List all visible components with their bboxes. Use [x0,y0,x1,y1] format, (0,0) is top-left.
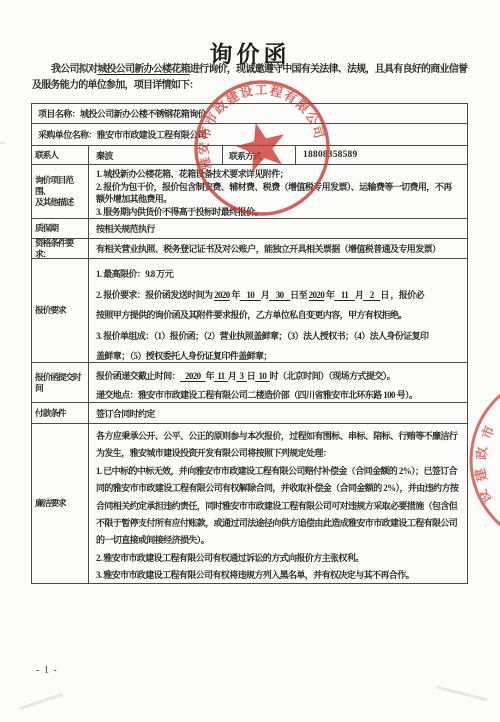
quote-item-1: 1. 最高限价：9.8 万元 [96,264,467,285]
scope-item-1: 1. 城投新办公楼花箱、花箱设备技术要求详见附件； [96,168,467,181]
quote-month-1: 10 [240,290,261,300]
intro-underlined-subject: 城投公司新办公楼花箱 [97,64,190,75]
qualification-content: 有相关营业执照、税务登记证书及对公账户，能独立开具相关票据（增值税普通及专用发票… [88,239,467,258]
quote-month-2: 11 [334,290,355,300]
submission-day: 3 [236,371,247,381]
scope-label-line1: 询价项目范围、 [35,175,88,197]
quote-sep-4: 年 [324,290,334,300]
row-submission-time: 报价函提交时 间 报价函递交截止时间： 2020 年 11 月 3 日 10 时… [32,363,467,403]
submission-label-line2: 间 [35,383,88,394]
row-scope: 询价项目范围、 及其他描述 1. 城投新办公楼花箱、花箱设备技术要求详见附件； … [32,165,467,219]
quote-item-2-dates: 2. 报价要求：报价函发送时间为 2020 年 10 月 30 日至 2020 … [96,285,467,306]
submission-label-line1: 报价函提交时 [35,372,88,383]
scope-label-line2: 及其他描述 [35,197,88,208]
row-integrity: 廉洁要求 各方应秉承公开、公平、公正的原则参与本次报价，过程如有围标、串标、陪标… [32,424,467,583]
quote-day-1: 30 [269,290,290,300]
submission-content: 报价函递交截止时间： 2020 年 11 月 3 日 10 时（北京时间）（现场… [88,363,467,402]
partial-seal-char-4: 设 [475,487,495,506]
quote-day-2: 2 [363,290,380,300]
submission-tail: 时（北京时间）（现场方式提交）。 [270,371,395,381]
contact-phone-label: 联系方式 [222,146,295,164]
quote-sep-1: 年 [230,290,240,300]
submission-pre: 报价函递交截止时间： [96,371,180,381]
submission-year: 2020 [180,371,206,381]
partial-seal-char-2: 政 [474,447,489,461]
integrity-label: 廉洁要求 [32,424,88,583]
contact-phone-number: 18808358589 [295,146,467,164]
quote-item-2-cont: 按照甲方提供的询价函及其附件要求报价，乙方单位私自变更内容，甲方有权拒绝。 [96,305,467,326]
submission-hour: 10 [255,371,269,381]
submission-sep-3: 日 [247,371,255,381]
payment-label: 付款条件 [32,403,88,423]
quote-sep-2: 月 [261,290,269,300]
integrity-line-8: 2. 雅安市市政建设工程有限公司有权通过诉讼的方式向报价方主张权利。 [96,550,467,567]
payment-content: 签订合同时约定 [88,403,467,423]
quote-dates-pre: 2. 报价要求：报价函发送时间为 [96,290,214,300]
submission-label: 报价函提交时 间 [32,363,88,402]
integrity-line-6: 不限于暂停支付所有应付账款，或通过司法途径向供方追偿由此造成雅安市市政建设工程有… [96,515,467,532]
contact-name: 秦波 [88,146,222,164]
scope-content: 1. 城投新办公楼花箱、花箱设备技术要求详见附件； 2. 报价为包干价，报价包含… [88,165,467,218]
integrity-line-1: 各方应秉承公开、公平、公正的原则参与本次报价，过程如有围标、串标、陪标、行贿等不… [96,428,467,445]
intro-line-1: 我公司拟对城投公司新办公楼花箱进行询价，现诚邀遵守中国有关法律、法规，且具有良好… [32,62,468,78]
submission-sep-1: 年 [206,371,214,381]
scope-item-3: 3. 服务期内供货价不得高于投标时最终报价。 [96,206,467,219]
row-project-name: 项目名称：城投公司新办公楼不锈钢花箱询价 [32,104,467,124]
scan-artifact [0,142,6,144]
scan-artifact [436,686,487,701]
page-number: - 1 - [36,665,58,676]
submission-month: 11 [214,371,228,381]
integrity-line-7: 的一切直接或间接经济损失）。 [96,532,467,549]
quote-sep-5: 月 [355,290,363,300]
project-name-cell: 项目名称：城投公司新办公楼不锈钢花箱询价 [32,104,467,123]
row-contact: 联系人 秦波 联系方式 18808358589 [32,146,467,165]
intro-paragraph: 我公司拟对城投公司新办公楼花箱进行询价，现诚邀遵守中国有关法律、法规，且具有良好… [32,62,468,94]
integrity-content: 各方应秉承公开、公平、公正的原则参与本次报价，过程如有围标、串标、陪标、行贿等不… [88,424,467,583]
quote-label: 报价要求 [32,259,88,362]
intro-rest: 进行询价，现诚邀遵守中国有关法律、法规，且具有良好的商业信誉 [190,64,468,75]
quote-sep-3: 日至 [290,290,308,300]
integrity-line-2: 为发生，雅安城市建设投资开发有限公司将按照下列规定处理： [96,445,467,462]
row-warranty: 质保期 按相关规范执行 [32,219,467,239]
quote-content: 1. 最高限价：9.8 万元 2. 报价要求：报价函发送时间为 2020 年 1… [88,259,467,362]
purchaser-cell: 采购单位名称：雅安市市政建设工程有限公司 [32,124,467,145]
scanned-inquiry-document: 询价函 我公司拟对城投公司新办公楼花箱进行询价，现诚邀遵守中国有关法律、法规，且… [0,0,500,722]
integrity-line-9: 3. 雅安市市政建设工程有限公司有权将违规方列入黑名单，并有权决定与其不再合作。 [96,567,467,584]
partial-seal-char-3: 建 [472,467,490,484]
quote-item-3: 3. 报价单组成：（1）报价函；（2）营业执照盖鲜章；（3）法人授权书；（4）法… [96,326,467,347]
partial-seal-circle [471,388,500,533]
integrity-line-3: 1. 已中标的中标无效，并向雅安市市政建设工程有限公司赔付补偿金（合同金额的 2… [96,463,467,480]
intro-line-2: 及服务能力的单位参加，项目详情如下： [32,78,468,94]
integrity-line-5: 合同相关约定承担违约责任，同时雅安市市政建设工程有限公司可对违规方采取必要措施（… [96,498,467,515]
row-quote-requirements: 报价要求 1. 最高限价：9.8 万元 2. 报价要求：报价函发送时间为 202… [32,259,467,363]
row-purchaser: 采购单位名称：雅安市市政建设工程有限公司 [32,124,467,146]
scope-item-2-cont: 额外增加其他费用。 [96,193,467,206]
warranty-label: 质保期 [32,219,88,238]
inquiry-table: 项目名称：城投公司新办公楼不锈钢花箱询价 采购单位名称：雅安市市政建设工程有限公… [31,103,468,584]
scope-item-2: 2. 报价为包干价，报价包含制安费、辅材费、税费（增值税专用发票）、运输费等一切… [96,181,467,194]
partial-seal-char-1: 市 [479,424,498,441]
submission-deadline: 报价函递交截止时间： 2020 年 11 月 3 日 10 时（北京时间）（现场… [96,367,467,386]
warranty-content: 按相关规范执行 [88,219,467,238]
scan-artifact [19,693,64,710]
intro-pre: 我公司拟对 [51,64,97,75]
qualification-label: 资格条件要求： [32,239,88,258]
scope-label: 询价项目范围、 及其他描述 [32,165,88,218]
quote-year-2: 2020 [309,290,325,300]
row-qualification: 资格条件要求： 有相关营业执照、税务登记证书及对公账户，能独立开具相关票据（增值… [32,239,467,259]
row-payment: 付款条件 签订合同时约定 [32,403,467,424]
submission-sep-2: 月 [228,371,236,381]
quote-year-1: 2020 [214,290,230,300]
contact-label: 联系人 [32,146,88,164]
quote-dates-tail: 日 ，报价必 [380,290,424,300]
integrity-line-4: 同的雅安市市政建设工程有限公司有权解除合同，并收取补偿金（合同金额的 2%），并… [96,480,467,497]
